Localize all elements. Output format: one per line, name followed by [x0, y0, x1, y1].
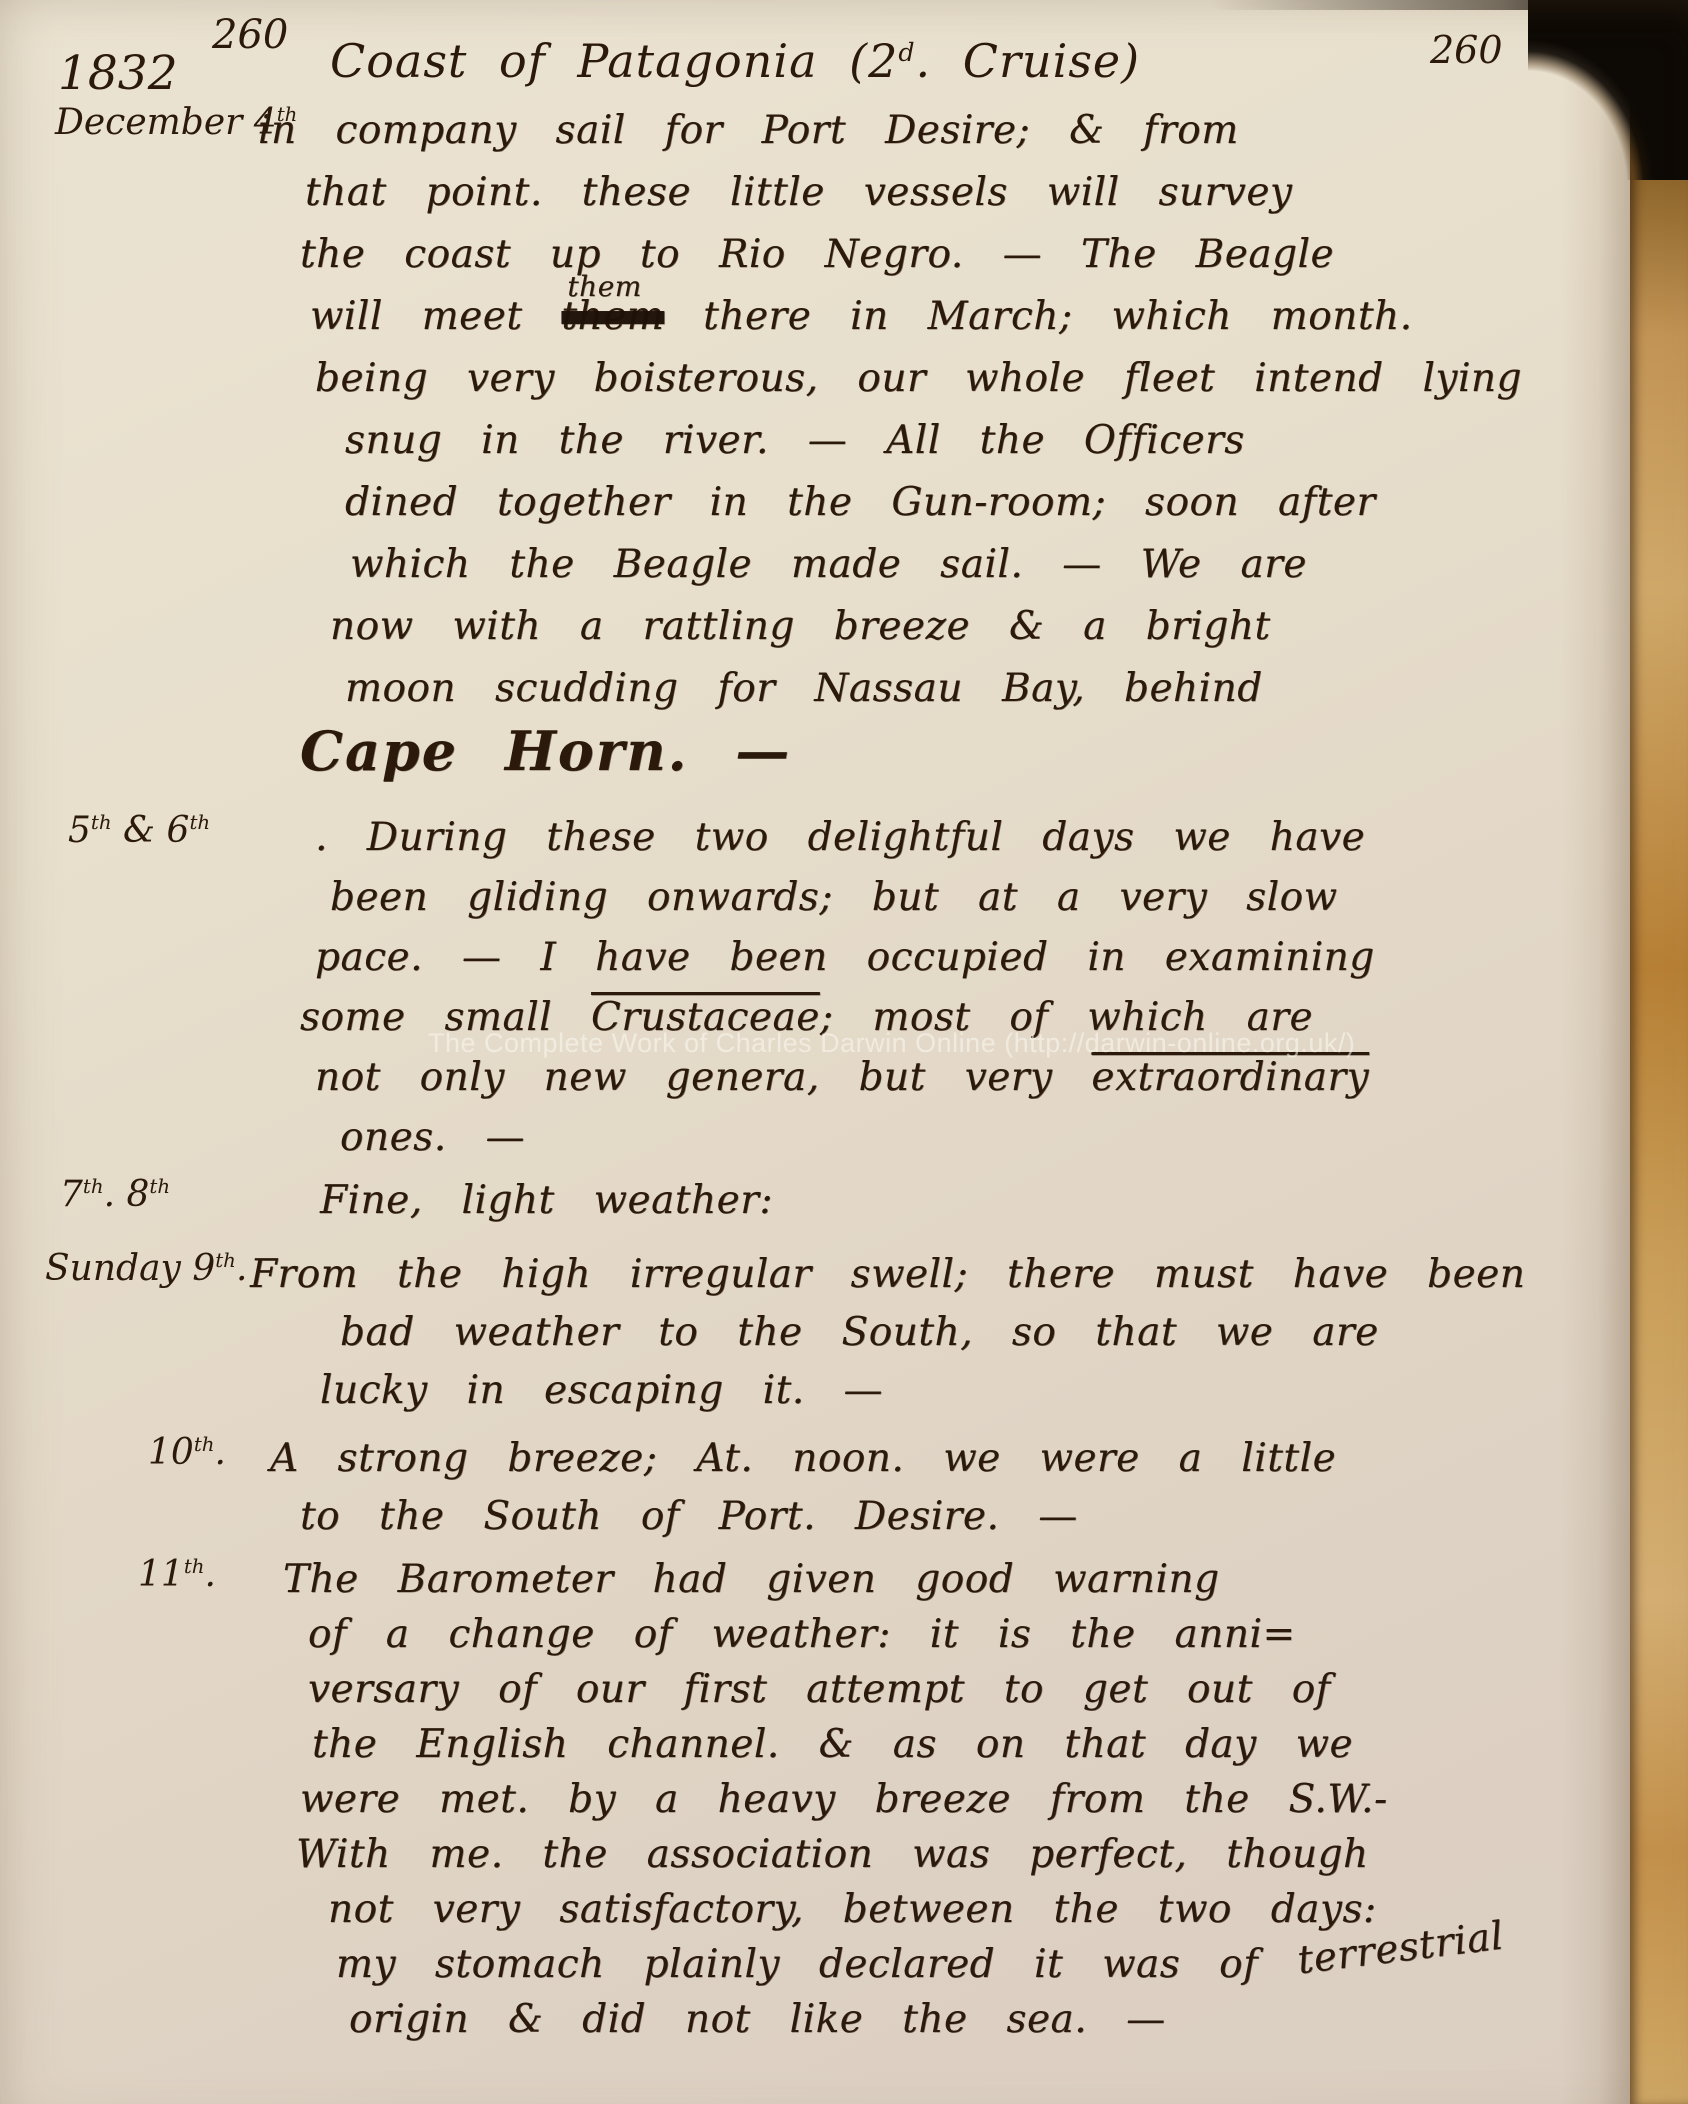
inserted-word-above-line: them — [567, 256, 641, 318]
manuscript-line: in company sail for Port Desire; & from — [258, 100, 1640, 162]
manuscript-line: bad weather to the South, so that we are — [340, 1304, 1640, 1362]
manuscript-line: . During these two delightful days we ha… — [315, 808, 1640, 868]
manuscript-line: With me. the association was perfect, th… — [296, 1827, 1640, 1882]
book-page-edges — [1630, 0, 1688, 2104]
manuscript-line: been gliding onwards; but at a very slow — [330, 868, 1640, 928]
manuscript-line: lucky in escaping it. — — [320, 1362, 1640, 1420]
digitisation-watermark: The Complete Work of Charles Darwin Onli… — [428, 1028, 1355, 1059]
manuscript-line: Fine, light weather: — [320, 1172, 1640, 1230]
manuscript-line: the English channel. & as on that day we — [312, 1717, 1640, 1772]
overlined-word: extraordinary — [1091, 1055, 1369, 1100]
entry-date-label: 10th. — [148, 1432, 226, 1473]
page-curvature-shadow — [1560, 0, 1630, 2104]
manuscript-line: the coast up to Rio Negro. — The Beagle — [300, 224, 1640, 286]
manuscript-line-with-correction: will meet themthem there in March; which… — [310, 286, 1640, 348]
manuscript-line: A strong breeze; At. noon. we were a lit… — [270, 1430, 1640, 1488]
diary-entry-december-11: 11th. The Barometer had given good warni… — [0, 1552, 1640, 2047]
text-segment: not only new genera, but very — [315, 1055, 1091, 1100]
diary-entry-december-7-8: 7th. 8th Fine, light weather: — [0, 1172, 1640, 1230]
manuscript-line-with-insertion: my stomach plainly declared it was of te… — [336, 1937, 1640, 1992]
manuscript-line: moon scudding for Nassau Bay, behind — [345, 658, 1640, 720]
entry-date-label: December 4th — [55, 102, 297, 143]
diary-entry-december-9: Sunday 9th. From the high irregular swel… — [0, 1246, 1640, 1420]
manuscript-line-cape-horn: Cape Horn. — — [300, 720, 1640, 782]
manuscript-line: that point. these little vessels will su… — [305, 162, 1640, 224]
manuscript-line: pace. — I have been occupied in examinin… — [315, 928, 1640, 988]
manuscript-line: versary of our first attempt to get out … — [308, 1662, 1640, 1717]
manuscript-line: being very boisterous, our whole fleet i… — [315, 348, 1640, 410]
entry-date-label: Sunday 9th. — [45, 1248, 247, 1289]
diary-entry-december-10: 10th. A strong breeze; At. noon. we were… — [0, 1430, 1640, 1546]
dark-binding-corner — [1528, 0, 1688, 180]
manuscript-line: dined together in the Gun-room; soon aft… — [345, 472, 1640, 534]
manuscript-line: From the high irregular swell; there mus… — [250, 1246, 1640, 1304]
manuscript-page-photo: 1832 260 Coast of Patagonia (2d. Cruise)… — [0, 0, 1688, 2104]
manuscript-line: to the South of Port. Desire. — — [300, 1488, 1640, 1546]
manuscript-line: snug in the river. — All the Officers — [345, 410, 1640, 472]
manuscript-line: which the Beagle made sail. — We are — [350, 534, 1640, 596]
entry-date-label: 5th & 6th — [68, 810, 210, 851]
diary-entry-december-4: December 4th in company sail for Port De… — [0, 100, 1640, 782]
manuscript-line: ones. — — [340, 1108, 1640, 1168]
manuscript-line: The Barometer had given good warning — [283, 1552, 1640, 1607]
manuscript-line: now with a rattling breeze & a bright — [330, 596, 1640, 658]
manuscript-line: of a change of weather: it is the anni= — [308, 1607, 1640, 1662]
entry-date-label: 11th. — [138, 1554, 216, 1595]
manuscript-line: origin & did not like the sea. — — [349, 1992, 1640, 2047]
text-after-correction: there in March; which month. — [664, 294, 1412, 339]
text-segment: my stomach plainly declared it was of — [336, 1942, 1297, 1987]
page-title: Coast of Patagonia (2d. Cruise) — [330, 34, 1140, 88]
folio-number-top: 260 — [212, 12, 288, 58]
text-before-correction: will meet — [310, 294, 561, 339]
correction-group: themthem — [561, 286, 664, 348]
diary-entry-december-5-6: 5th & 6th . During these two delightful … — [0, 808, 1640, 1168]
page-number-right: 260 — [1430, 28, 1503, 72]
year-heading: 1832 — [58, 46, 178, 101]
manuscript-line: were met. by a heavy breeze from the S.W… — [300, 1772, 1640, 1827]
entry-date-label: 7th. 8th — [60, 1174, 170, 1215]
